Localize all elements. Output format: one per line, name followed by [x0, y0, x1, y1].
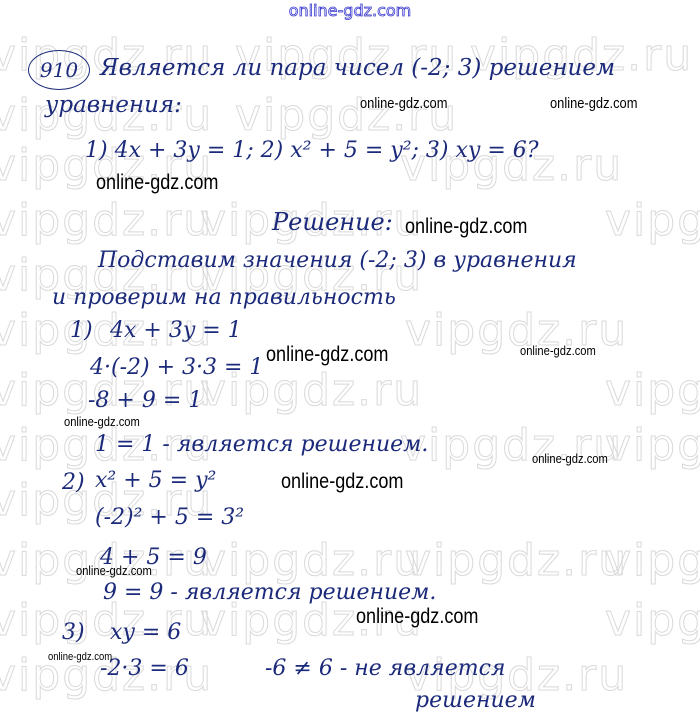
bg-watermark: vipgdz.ru	[0, 195, 213, 246]
part3-result-line-1: -6 ≠ 6 - не является	[265, 656, 506, 681]
part3-label: 3)	[62, 620, 85, 645]
overlay-watermark: online-gdz.com	[266, 343, 388, 367]
problem-number: 910	[40, 58, 78, 82]
part1-label: 1)	[70, 318, 93, 343]
overlay-watermark: online-gdz.com	[405, 215, 527, 239]
solution-heading: Решение:	[272, 208, 393, 236]
bg-watermark: vipgdz.ru	[605, 420, 700, 471]
part3-equation: xy = 6	[110, 620, 181, 645]
bg-watermark: vipgdz.ru	[405, 535, 628, 586]
bg-watermark: vipgdz.ru	[200, 535, 423, 586]
part1-result: 1 = 1 - является решением.	[95, 432, 428, 457]
part2-equation: x² + 5 = y²	[95, 468, 216, 493]
part3-result-line-2: решением	[415, 688, 536, 713]
part1-equation: 4x + 3y = 1	[110, 318, 242, 343]
part2-label: 2)	[62, 470, 85, 495]
question-line-1: Является ли пара чисел (-2; 3) решением	[100, 55, 615, 81]
solution-intro-line-2: и проверим на правильность	[52, 285, 396, 310]
overlay-watermark: online-gdz.com	[48, 651, 112, 663]
overlay-watermark: online-gdz.com	[64, 414, 140, 429]
overlay-watermark: online-gdz.com	[532, 451, 608, 466]
overlay-watermark: online-gdz.com	[96, 171, 218, 195]
gdz-solution-page: vipgdz.ru vipgdz.ru vipgdz.ru vipgdz.ru …	[0, 0, 700, 713]
part2-result: 9 = 9 - является решением.	[103, 580, 436, 605]
question-equations: 1) 4x + 3y = 1; 2) x² + 5 = y²; 3) xy = …	[85, 138, 539, 163]
overlay-watermark: online-gdz.com	[76, 563, 152, 578]
solution-intro-line-1: Подставим значения (-2; 3) в уравнения	[98, 248, 577, 273]
part2-substitution: (-2)² + 5 = 3²	[95, 505, 244, 530]
bg-watermark: vipgdz.ru	[605, 365, 700, 416]
overlay-watermark: online-gdz.com	[550, 95, 637, 112]
top-watermark: online-gdz.com	[0, 1, 700, 20]
overlay-watermark: online-gdz.com	[520, 343, 596, 358]
part1-calculation: -8 + 9 = 1	[88, 388, 202, 413]
overlay-watermark: online-gdz.com	[360, 95, 447, 112]
problem-number-badge: 910	[28, 50, 90, 90]
bg-watermark: vipgdz.ru	[605, 595, 700, 646]
overlay-watermark: online-gdz.com	[281, 470, 403, 494]
overlay-watermark: online-gdz.com	[356, 605, 478, 629]
part1-substitution: 4·(-2) + 3·3 = 1	[90, 355, 263, 380]
part3-substitution: -2·3 = 6	[100, 656, 189, 681]
question-line-2: уравнения:	[45, 92, 182, 118]
bg-watermark: vipgdz.ru	[605, 535, 700, 586]
bg-watermark: vipgdz.ru	[605, 195, 700, 246]
